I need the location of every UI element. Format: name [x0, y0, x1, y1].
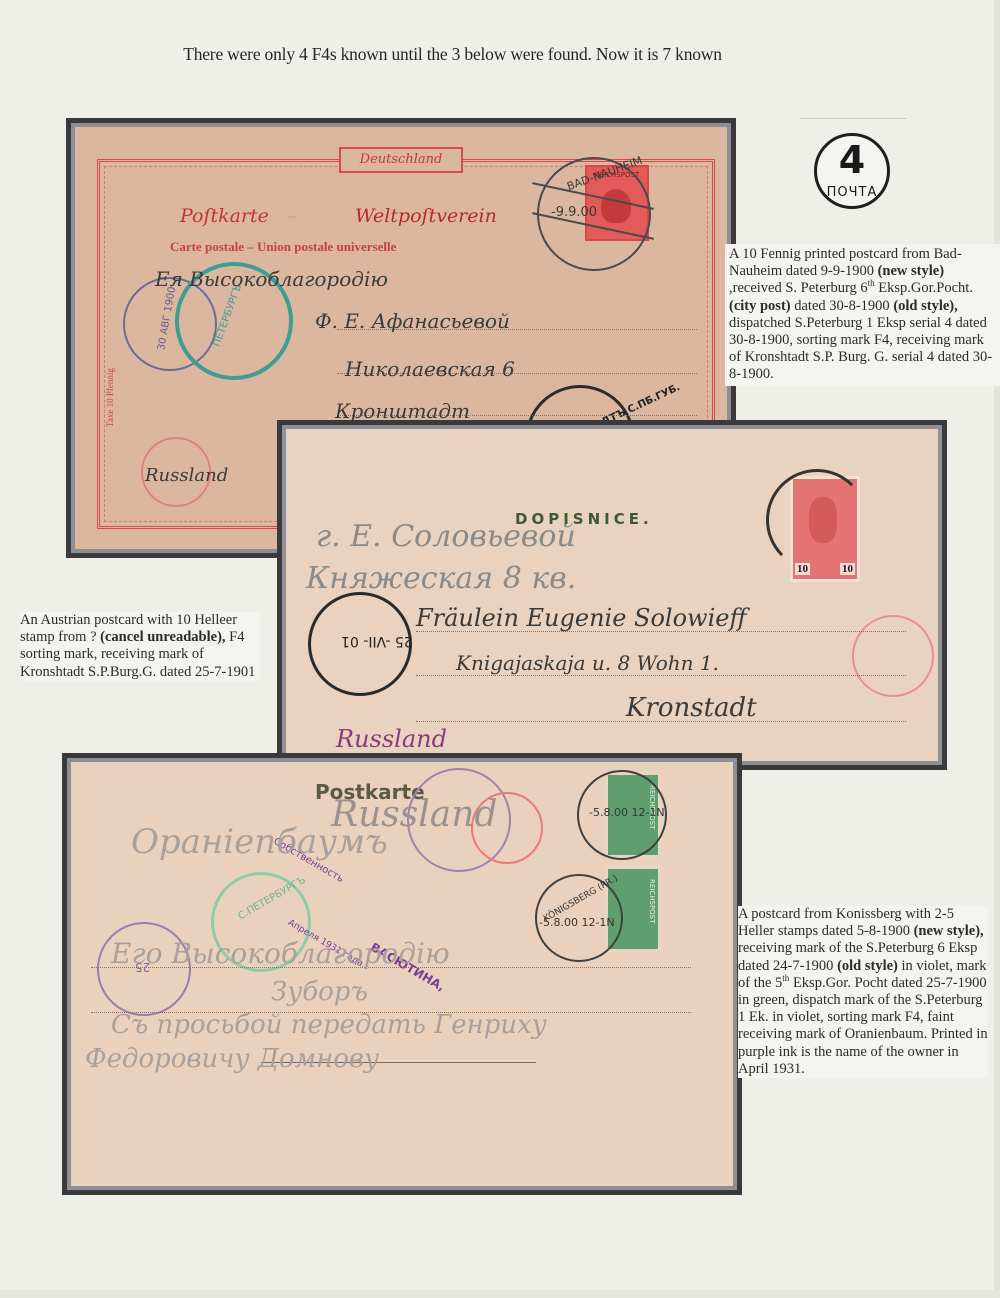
handwritten-address-line: Его Высокоблагородію — [111, 937, 450, 970]
postkarte-title: Poſtkarte — [180, 205, 269, 227]
handwritten-address-line: Съ просьбой передать Генриху — [111, 1010, 547, 1040]
handwritten-address-line: Ф. Е. Афанасьевой — [315, 309, 510, 333]
f4-number: 4 — [817, 138, 887, 182]
handwritten-address-line: Зуборъ — [271, 977, 368, 1007]
handwritten-address-line: Russland — [336, 725, 447, 753]
handwritten-address-line: Ея Высокоблагородію — [155, 267, 388, 291]
postmark-text: С.ПЕТЕРБУРГЪ — [236, 875, 307, 922]
handwritten-address-line: Russland — [145, 465, 228, 486]
postmark-date: -5.8.00 12-1N — [539, 916, 615, 929]
postmark-date: -5.8.00 12-1N — [589, 806, 665, 819]
austrian-postcard-mount: DOPISNICE. 10 10 25 -VII- 01 г. Е. Солов… — [277, 420, 947, 770]
konigsberg-postmark: -5.8.00 12-1N — [577, 770, 667, 860]
weltpostverein-title: Weltpoſtverein — [355, 205, 497, 227]
konigsberg-card-description: A postcard from Konissberg with 2-5 Hell… — [738, 906, 988, 1078]
bad-nauheim-postmark: BAD-NAUHEIM -9.9.00 — [537, 157, 651, 271]
handwritten-address-line: Княжеская 8 кв. — [306, 561, 576, 596]
handwritten-address-line: Оранienбаумъ — [131, 822, 388, 862]
kronstadt-receiving-mark: 25 -VII- 01 — [308, 592, 412, 696]
handwritten-address-line: г. Е. Соловьевой — [316, 519, 576, 554]
handwritten-address-line: Knigajaskaja u. 8 Wohn 1. — [456, 651, 719, 675]
postmark-text: ПЕТЕРБУРГЪ — [211, 283, 244, 349]
f4-mark-illustration: 4 ПОЧТА — [800, 118, 906, 221]
german-card-description: A 10 Fennig printed postcard from Bad-Na… — [725, 244, 1000, 386]
postmark-town: BAD-NAUHEIM — [565, 154, 644, 193]
stamp-value: 10 — [840, 563, 855, 575]
handwritten-address-line: Fräulein Eugenie Solowieff — [416, 604, 746, 632]
page-edge — [0, 1290, 1000, 1298]
handwritten-address-line: Федоровичу Домнову — [85, 1044, 379, 1074]
page-edge — [994, 0, 1000, 1298]
austrian-postcard: DOPISNICE. 10 10 25 -VII- 01 г. Е. Солов… — [286, 429, 938, 761]
f4-sorting-mark-red — [852, 615, 934, 697]
handwritten-address-line: Николаевская 6 — [345, 357, 515, 381]
stamp-label: REICHSPOST — [648, 879, 656, 923]
page-headline: There were only 4 F4s known until the 3 … — [0, 44, 905, 65]
austrian-card-description: An Austrian postcard with 10 Helleer sta… — [20, 612, 260, 681]
f4-sorting-mark-icon: 4 ПОЧТА — [814, 133, 890, 209]
f4-word: ПОЧТА — [817, 185, 887, 200]
handwritten-address-line: Kronstadt — [626, 693, 757, 723]
konigsberg-postcard-mount: Postkarte REICHSPOST REICHSPOST -5.8.00 … — [62, 753, 742, 1195]
postmark-date: 25 -VII- 01 — [341, 633, 413, 649]
title-dash: – — [287, 205, 297, 227]
konigsberg-postmark: KÖNIGSBERG (PR.) -5.8.00 12-1N — [535, 874, 623, 962]
deutschland-label: Deutschland — [339, 147, 463, 173]
konigsberg-postcard: Postkarte REICHSPOST REICHSPOST -5.8.00 … — [71, 762, 733, 1186]
tax-side-text: Taxe 10 Pfennig — [105, 368, 115, 427]
carte-postale-subtitle: Carte postale – Union postale universell… — [170, 239, 396, 255]
unreadable-cancel — [766, 469, 868, 571]
